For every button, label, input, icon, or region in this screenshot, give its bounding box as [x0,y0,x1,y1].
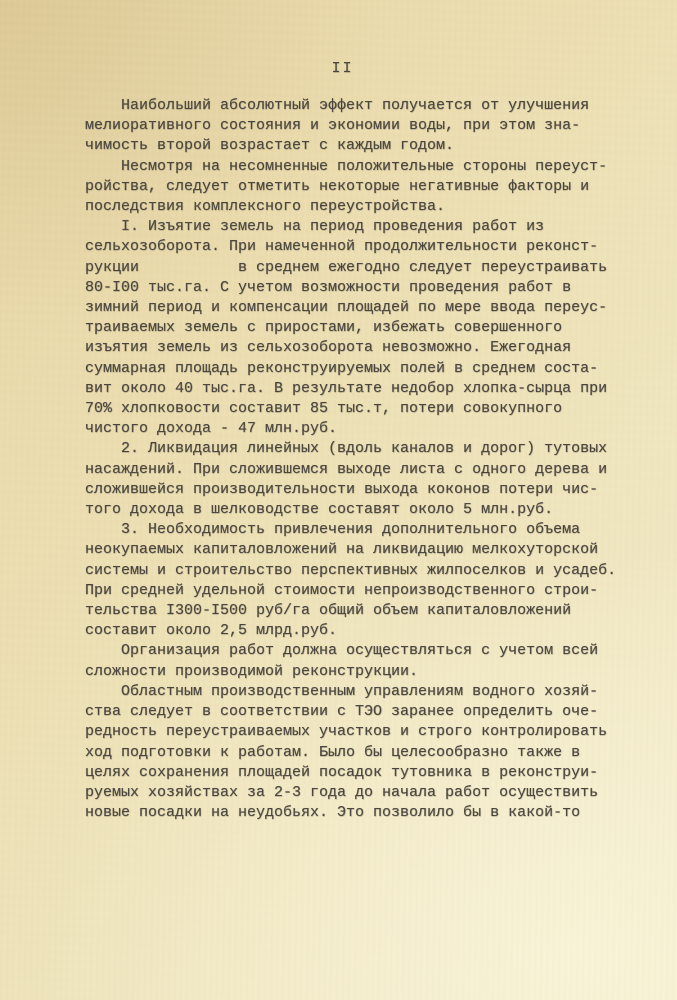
paragraph: Несмотря на несомненные положительные ст… [85,157,645,218]
page-number: II [0,60,677,77]
paragraph: Наибольший абсолютный эффект получается … [85,96,645,157]
scanned-typewritten-page: II Наибольший абсолютный эффект получает… [0,0,677,1000]
paragraph: I. Изъятие земель на период проведения р… [85,217,645,439]
paragraph: Областным производственным управлениям в… [85,682,645,823]
paragraph: 3. Необходимость привлечения дополнитель… [85,520,645,641]
paragraph: 2. Ликвидация линейных (вдоль каналов и … [85,439,645,520]
document-text-block: Наибольший абсолютный эффект получается … [85,96,645,823]
paragraph: Организация работ должна осуществляться … [85,641,645,681]
